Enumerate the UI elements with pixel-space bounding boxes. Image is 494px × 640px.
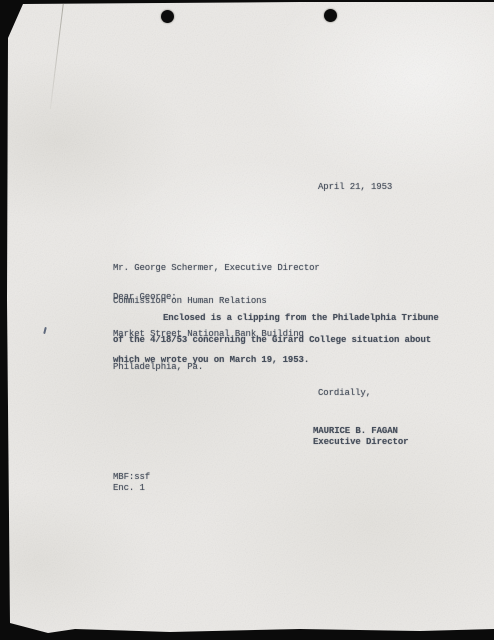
punch-hole-right [324,9,337,22]
ink-speck [43,327,47,334]
paper-crease [50,2,64,109]
signature-name: MAURICE B. FAGAN [313,426,398,437]
enclosure-note: Enc. 1 [113,483,145,494]
letter-paper: April 21, 1953 Mr. George Schermer, Exec… [0,0,494,640]
scanned-letter: April 21, 1953 Mr. George Schermer, Exec… [0,0,494,640]
closing-phrase: Cordially, [318,388,371,399]
letter-date: April 21, 1953 [318,182,392,193]
recipient-name-line: Mr. George Schermer, Executive Director [113,263,320,274]
body-line-3: which we wrote you on March 19, 1953. [113,355,309,366]
typist-initials: MBF:ssf [113,472,150,483]
body-line-1: Enclosed is a clipping from the Philadel… [163,313,439,324]
signature-title: Executive Director [313,437,408,448]
salutation: Dear George: [113,292,177,303]
punch-hole-left [161,10,174,23]
body-line-2: of the 4/18/53 concerning the Girard Col… [113,335,431,346]
